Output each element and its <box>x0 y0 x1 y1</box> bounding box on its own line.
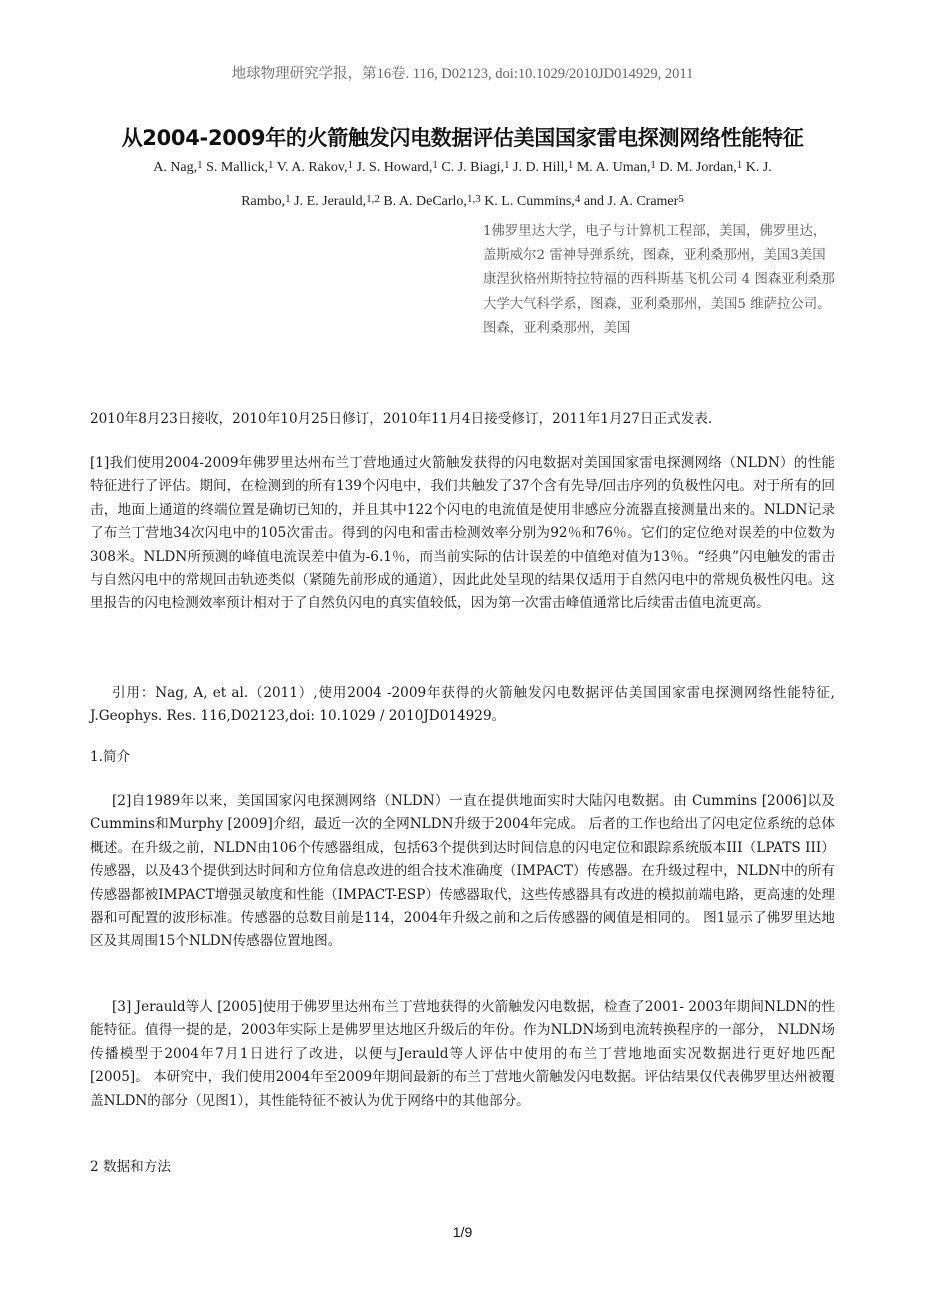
publication-dates: 2010年8月23日接收，2010年10月25日修订，2010年11月4日接受修… <box>90 408 835 431</box>
author: D. M. Jordan,1 <box>659 160 742 175</box>
affiliations: 1佛罗里达大学，电子与计算机工程部，美国，佛罗里达，盖斯威尔2 雷神导弹系统，图… <box>483 220 839 341</box>
section-heading-data-methods: 2 数据和方法 <box>90 1156 835 1179</box>
author: K. L. Cummins,4 <box>484 194 580 209</box>
author: A. Nag,1 <box>153 160 202 175</box>
author: and J. A. Cramer5 <box>584 194 684 209</box>
abstract-paragraph: [1]我们使用2004-2009年佛罗里达州布兰丁营地通过火箭触发获得的闪电数据… <box>90 452 835 616</box>
author: V. A. Rakov,1 <box>277 160 353 175</box>
citation-paragraph: 引用：Nag, A, et al.（2011）,使用2004 -2009年获得的… <box>90 682 835 729</box>
author: C. J. Biagi,1 <box>441 160 509 175</box>
paper-title: 从2004-2009年的火箭触发闪电数据评估美国国家雷电探测网络性能特征 <box>0 122 925 152</box>
page-number: 1/9 <box>0 1224 925 1240</box>
author: B. A. DeCarlo,1,3 <box>383 194 480 209</box>
author: J. E. Jerauld,1,2 <box>294 194 380 209</box>
author: J. S. Howard,1 <box>357 160 438 175</box>
body-paragraph-2: [2]自1989年以来，美国国家闪电探测网络（NLDN）一直在提供地面实时大陆闪… <box>90 790 835 954</box>
author-list-line-1: A. Nag,1 S. Mallick,1 V. A. Rakov,1 J. S… <box>90 160 835 176</box>
author: M. A. Uman,1 <box>577 160 656 175</box>
body-paragraph-3: [3] Jerauld等人 [2005]使用于佛罗里达州布兰丁营地获得的火箭触发… <box>90 996 835 1113</box>
author-list-line-2: Rambo,1 J. E. Jerauld,1,2 B. A. DeCarlo,… <box>90 194 835 210</box>
journal-header: 地球物理研究学报，第16卷. 116, D02123, doi:10.1029/… <box>0 62 925 83</box>
section-heading-introduction: 1.简介 <box>90 746 835 769</box>
author: S. Mallick,1 <box>206 160 273 175</box>
author: J. D. Hill,1 <box>513 160 573 175</box>
author: Rambo,1 <box>241 194 290 209</box>
author: K. J. <box>746 160 772 175</box>
